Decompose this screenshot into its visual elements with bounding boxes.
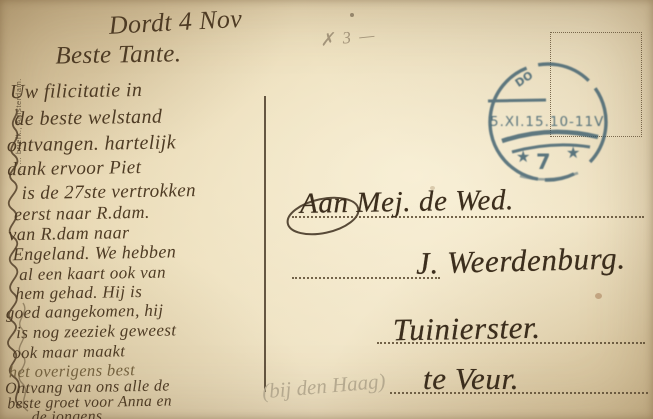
message-line: eerst naar R.dam. bbox=[14, 202, 150, 225]
address-line-place: te Veur. bbox=[423, 361, 519, 397]
paper-speck bbox=[430, 186, 435, 190]
message-line: al een kaart ook van bbox=[19, 263, 166, 286]
address-line-name: J. Weerdenburg. bbox=[416, 240, 626, 281]
message-line: Uw filicitatie in bbox=[10, 79, 143, 104]
divider-line bbox=[264, 96, 266, 392]
address-line-occupation: Tuinierster. bbox=[393, 310, 541, 349]
postmark-date: 5.XI.15.10-11V bbox=[490, 114, 604, 130]
pencil-price-mark: ✗ 3 — bbox=[319, 25, 377, 51]
paper-speck bbox=[350, 13, 354, 17]
message-line: Engeland. We hebben bbox=[13, 241, 177, 265]
message-dateline: Dordt 4 Nov bbox=[108, 4, 243, 41]
message-salutation: Beste Tante. bbox=[55, 40, 182, 70]
message-line: is nog zeeziek geweest bbox=[16, 320, 177, 343]
message-line: ontvangen. hartelijk bbox=[7, 131, 176, 157]
postcard-back: …… briefk., Amsterdam. Dordt 4 Nov Beste… bbox=[0, 0, 653, 419]
message-line: de jongens bbox=[31, 408, 102, 419]
message-line: de beste welstand bbox=[14, 106, 162, 132]
message-line: dank ervoor Piet bbox=[7, 157, 141, 181]
message-line: goed aangekomen, hij bbox=[6, 301, 164, 324]
postmark-star-left-icon: ★ bbox=[516, 147, 530, 166]
paper-speck bbox=[595, 293, 602, 299]
postmark-stamp: 5.XI.15.10-11V ★ ★ 7 DO bbox=[478, 55, 623, 187]
postmark-star-right-icon: ★ bbox=[566, 143, 580, 162]
address-line-recipient: Aan Mej. de Wed. bbox=[300, 184, 514, 221]
message-line: is de 27ste vertrokken bbox=[22, 180, 197, 205]
message-block: Dordt 4 Nov Beste Tante. Uw filicitatie … bbox=[0, 0, 284, 419]
postmark-number: 7 bbox=[536, 150, 551, 174]
